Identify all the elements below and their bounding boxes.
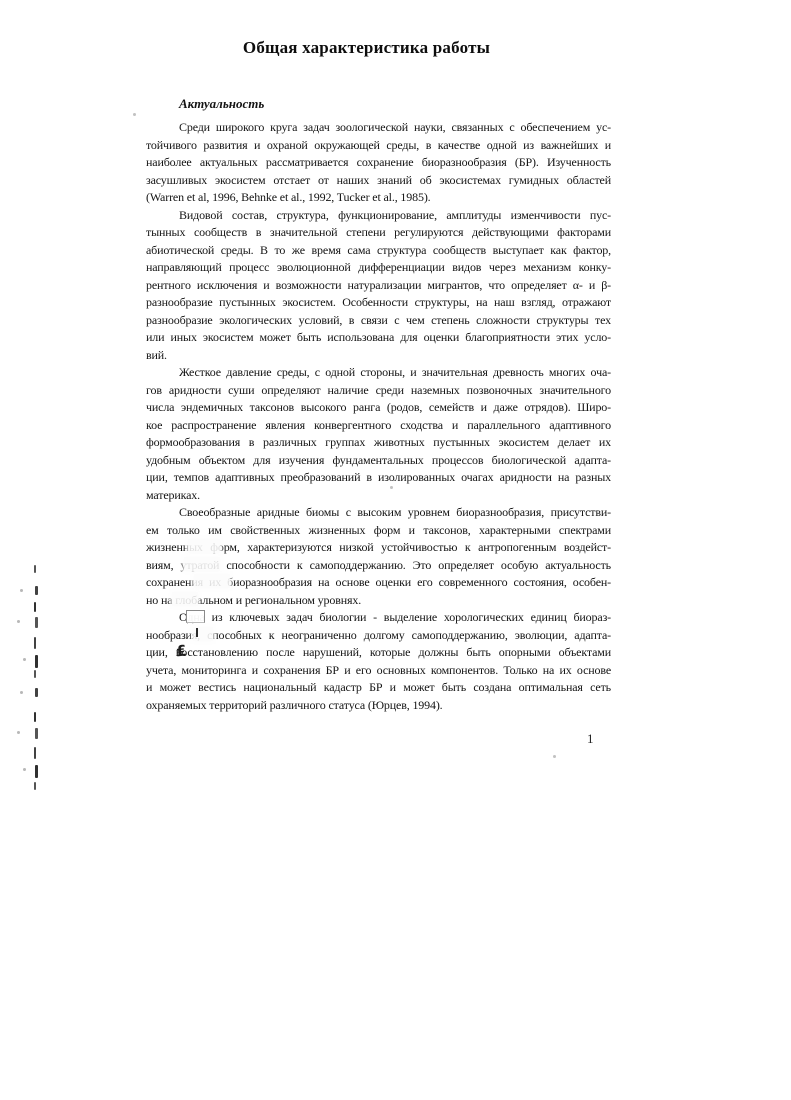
binding-speck xyxy=(23,768,26,771)
text-line: (Warren et al, 1996, Behnke et al., 1992… xyxy=(146,189,611,207)
text-line: гов аридности суши определяют наличие ср… xyxy=(146,382,611,400)
text-line: кое распространение явления конвергентно… xyxy=(146,417,611,435)
text-line: вий. xyxy=(146,347,611,365)
binding-speck xyxy=(17,731,20,734)
text-line: удобным объектом для изучения фундамента… xyxy=(146,452,611,470)
correction-smudge xyxy=(184,557,220,571)
document-body: Актуальность Среди широкого круга задач … xyxy=(146,96,611,714)
text-line: или иных экосистем может быть использова… xyxy=(146,329,611,347)
binding-speck xyxy=(23,658,26,661)
binding-mark xyxy=(35,728,38,739)
binding-mark xyxy=(34,747,36,759)
binding-mark xyxy=(35,617,38,628)
document-page: Общая характеристика работы Актуальность… xyxy=(0,0,791,1100)
correction-box xyxy=(186,610,205,623)
binding-mark xyxy=(35,765,38,778)
binding-speck xyxy=(20,691,23,694)
text-line: нообразия, способных к неограниченно дол… xyxy=(146,627,611,645)
text-line: Жесткое давление среды, с одной стороны,… xyxy=(146,364,611,382)
text-line: направляющий процесс эволюционной диффер… xyxy=(146,259,611,277)
text-line: но на глобальном и региональном уровнях. xyxy=(146,592,611,610)
binding-mark xyxy=(35,586,38,595)
binding-speck xyxy=(20,589,23,592)
correction-smudge xyxy=(188,539,220,553)
text-line: ции, восстановлению после нарушений, кот… xyxy=(146,644,611,662)
paragraph: Среди широкого круга задач зоологической… xyxy=(146,119,611,207)
section-heading: Актуальность xyxy=(146,96,611,112)
text-line: формообразования в различных группах жив… xyxy=(146,434,611,452)
binding-mark xyxy=(35,688,38,697)
text-line: Своеобразные аридные биомы с высоким уро… xyxy=(146,504,611,522)
binding-mark xyxy=(34,782,36,790)
text-line: Среди широкого круга задач зоологической… xyxy=(146,119,611,137)
paragraphs-container: Среди широкого круга задач зоологической… xyxy=(146,119,611,714)
text-line: ции, темпов адаптивных преобразований в … xyxy=(146,469,611,487)
text-line: ем только им свойственных жизненных форм… xyxy=(146,522,611,540)
paragraph: Видовой состав, структура, функционирова… xyxy=(146,207,611,365)
binding-mark xyxy=(34,565,36,573)
text-line: наиболее актуальных рассматривается сохр… xyxy=(146,154,611,172)
correction-smudge xyxy=(172,592,198,606)
ink-tick xyxy=(196,628,198,637)
stray-speck xyxy=(390,486,393,489)
text-line: числа эндемичных таксонов высокого ранга… xyxy=(146,399,611,417)
text-line: разнообразие экологических условий, в св… xyxy=(146,312,611,330)
ink-blot-glyph: ₤ xyxy=(175,643,187,658)
text-line: охраняемых территорий различного статуса… xyxy=(146,697,611,715)
binding-mark xyxy=(34,602,36,612)
paragraph: Одна из ключевых задач биологии - выделе… xyxy=(146,609,611,714)
correction-smudge xyxy=(194,574,230,588)
text-line: разнообразие пустынных экосистем. Особен… xyxy=(146,294,611,312)
text-line: учета, мониторинга и сохранения БР и его… xyxy=(146,662,611,680)
stray-speck xyxy=(133,113,136,116)
text-line: абиотической среды. В то же время сама с… xyxy=(146,242,611,260)
binding-mark xyxy=(34,712,36,722)
binding-mark xyxy=(34,637,36,649)
paragraph: Жесткое давление среды, с одной стороны,… xyxy=(146,364,611,504)
page-number: 1 xyxy=(587,731,594,747)
page-title: Общая характеристика работы xyxy=(134,38,599,58)
text-line: Видовой состав, структура, функционирова… xyxy=(146,207,611,225)
text-line: рентного исключения и возможности натура… xyxy=(146,277,611,295)
text-line: и может вестись национальный кадастр БР … xyxy=(146,679,611,697)
binding-mark xyxy=(34,670,36,678)
stray-speck xyxy=(553,755,556,758)
binding-mark xyxy=(35,655,38,668)
text-line: тынных сообществ в значительной степени … xyxy=(146,224,611,242)
text-line: Одна из ключевых задач биологии - выделе… xyxy=(146,609,611,627)
binding-speck xyxy=(17,620,20,623)
text-line: материках. xyxy=(146,487,611,505)
text-line: засушливых экосистем отстает от наших зн… xyxy=(146,172,611,190)
text-line: тойчивого развития и охраной окружающей … xyxy=(146,137,611,155)
